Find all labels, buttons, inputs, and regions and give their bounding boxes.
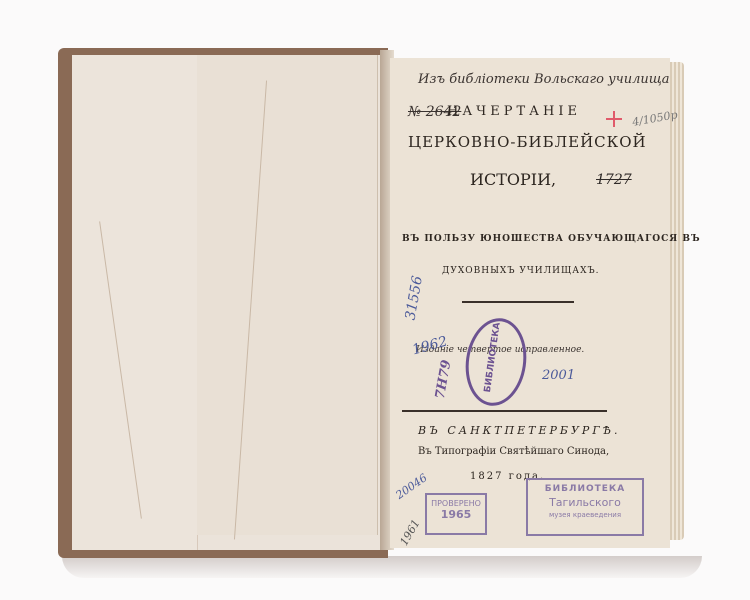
museum-stamp-line-3: музея краеведения (528, 511, 642, 519)
city-line: ВЪ САНКТПЕТЕРБУРГѢ. (418, 424, 621, 437)
handwritten-provenance: Изъ библіотеки Вольскаго училища (418, 72, 670, 87)
title-line-3: ИСТОРІИ, (470, 170, 556, 189)
crossed-number: 1727 (596, 172, 632, 188)
decorative-rule (462, 301, 574, 303)
subtitle-line-1: ВЪ ПОЛЬЗУ ЮНОШЕСТВА ОБУЧАЮЩАГОСЯ ВЪ (402, 234, 701, 244)
endpaper-flap-right (197, 55, 378, 535)
page-edges (670, 62, 684, 540)
title-line-1: НАЧЕРТАНІЕ (447, 104, 581, 119)
printer-line: Въ Типографіи Святѣйшаго Синода, (418, 446, 609, 457)
subtitle-line-2: ДУХОВНЫХЪ УЧИЛИЩАХЪ. (442, 266, 600, 276)
verification-stamp: ПРОВЕРЕНО 1965 (425, 493, 487, 535)
verification-stamp-year: 1965 (427, 508, 485, 521)
decorative-rule-bottom (402, 410, 607, 412)
museum-stamp-line-2: Тагильского (528, 496, 642, 509)
tagil-museum-stamp: БИБЛИОТЕКА Тагильского музея краеведения (526, 478, 644, 536)
title-line-2: ЦЕРКОВНО-БИБЛЕЙСКОЙ (408, 133, 647, 151)
verification-stamp-label: ПРОВЕРЕНО (427, 499, 485, 508)
museum-stamp-line-1: БИБЛИОТЕКА (528, 484, 642, 494)
book-shadow (62, 556, 702, 578)
blue-2001-note: 2001 (542, 368, 575, 383)
oval-stamp-text: БИБЛИОТЕКА (483, 322, 503, 393)
red-cross-mark (613, 111, 615, 127)
